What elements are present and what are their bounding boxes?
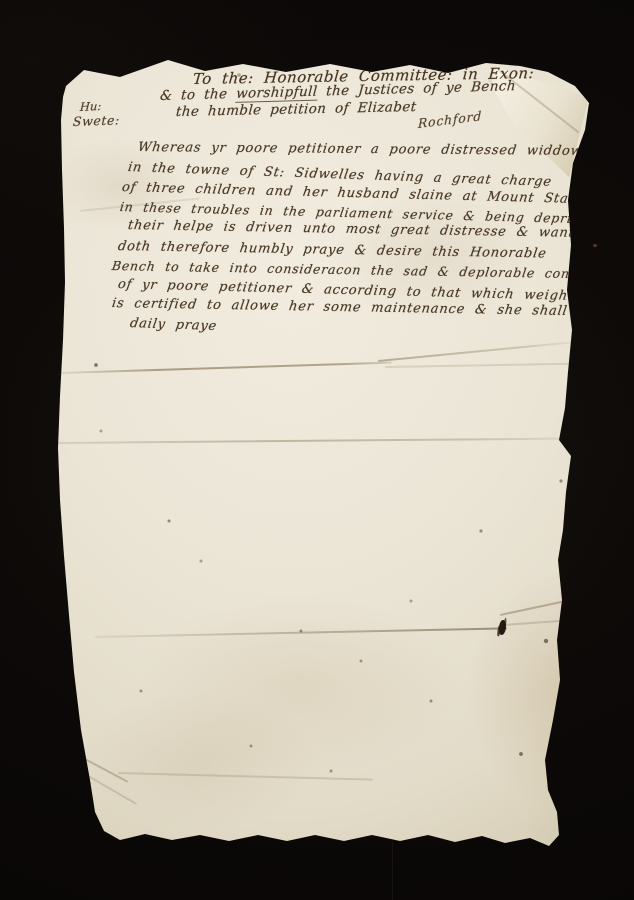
body-line-10: daily praye [129, 316, 218, 334]
fold-crease-lower-branch [500, 598, 575, 616]
backdrop-seam [392, 842, 393, 900]
ink-blot [498, 620, 507, 636]
background-speck [593, 244, 597, 247]
manuscript-paper: To the: Honorable Committee: in Exon: & … [0, 0, 634, 900]
body-line-6: doth therefore humbly praye & desire thi… [117, 239, 548, 261]
photo-background: To the: Honorable Committee: in Exon: & … [0, 0, 634, 900]
fold-crease-bottom [118, 772, 373, 781]
margin-note-line-2: Swete: [72, 112, 120, 129]
paper-specks [0, 0, 2, 2]
corner-crease-bottom-left [66, 748, 129, 783]
margin-note-line-1: Hu: [80, 99, 102, 114]
heading-line-2-pre: & to the [159, 86, 236, 104]
body-line-1: Whereas yr poore petitioner a poore dist… [137, 140, 592, 159]
fold-crease-upper-branch [378, 341, 579, 362]
fold-crease-upper [60, 362, 392, 374]
fold-crease-lower [95, 627, 507, 638]
fold-crease-lower-faint [503, 619, 571, 626]
petitioner-surname: Rochford [418, 108, 482, 131]
fold-crease-middle [58, 438, 570, 444]
heading-line-2-underlined: worshipfull [235, 84, 318, 103]
fold-crease-upper-faint [385, 363, 570, 368]
